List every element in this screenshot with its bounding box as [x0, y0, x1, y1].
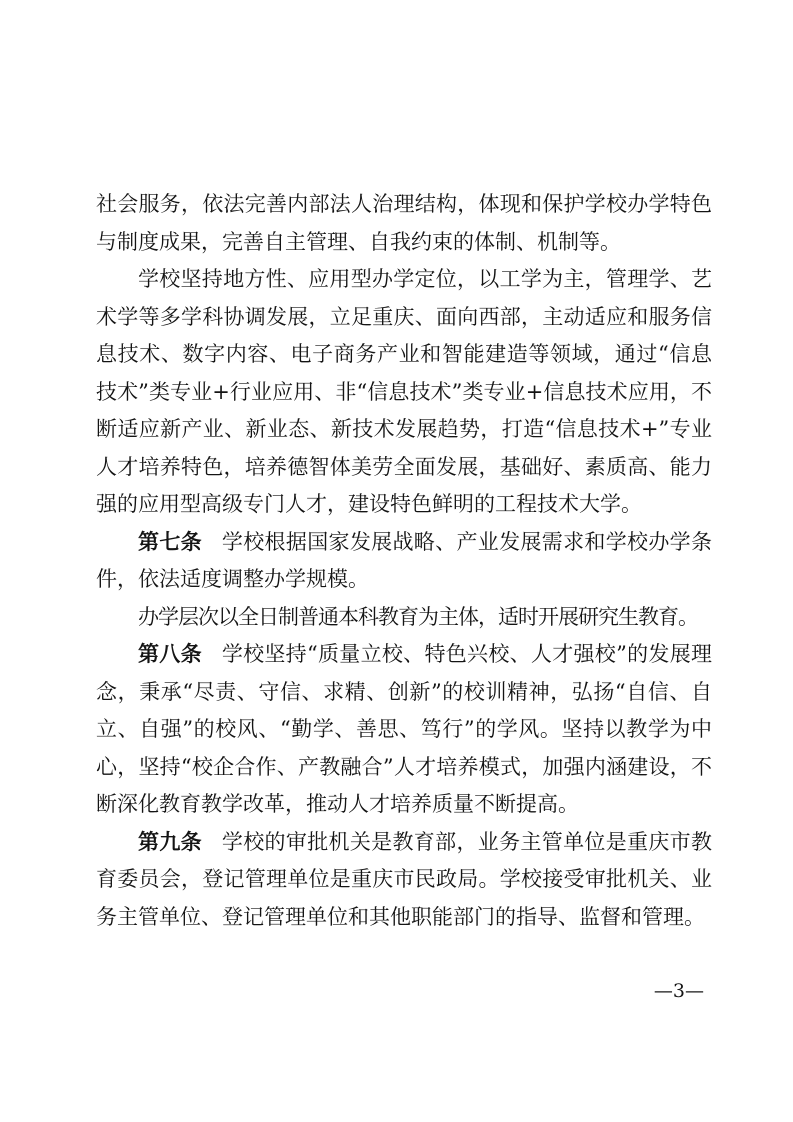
article-9-number: 第九条	[138, 830, 202, 854]
paragraph-text: 学校坚持“质量立校、特色兴校、人才强校”的发展理念，秉承“尽责、守信、求精、创新…	[96, 642, 712, 816]
paragraph-article-8: 第八条学校坚持“质量立校、特色兴校、人才强校”的发展理念，秉承“尽责、守信、求精…	[96, 636, 712, 824]
paragraph-text: 学校坚持地方性、应用型办学定位，以工学为主，管理学、艺术学等多学科协调发展，立足…	[96, 267, 712, 516]
paragraph-education-level: 办学层次以全日制普通本科教育为主体，适时开展研究生教育。	[96, 599, 712, 637]
document-page: 社会服务，依法完善内部法人治理结构，体现和保护学校办学特色与制度成果，完善自主管…	[0, 0, 793, 1122]
paragraph-text: 办学层次以全日制普通本科教育为主体，适时开展研究生教育。	[138, 605, 698, 629]
paragraph-school-positioning: 学校坚持地方性、应用型办学定位，以工学为主，管理学、艺术学等多学科协调发展，立足…	[96, 261, 712, 524]
page-number: —3—	[654, 981, 704, 1002]
paragraph-article-7: 第七条学校根据国家发展战略、产业发展需求和学校办学条件，依法适度调整办学规模。	[96, 524, 712, 599]
paragraph-continuation: 社会服务，依法完善内部法人治理结构，体现和保护学校办学特色与制度成果，完善自主管…	[96, 186, 712, 261]
article-7-number: 第七条	[138, 530, 202, 554]
page-content: 社会服务，依法完善内部法人治理结构，体现和保护学校办学特色与制度成果，完善自主管…	[96, 186, 712, 936]
paragraph-article-9: 第九条学校的审批机关是教育部，业务主管单位是重庆市教育委员会，登记管理单位是重庆…	[96, 824, 712, 937]
paragraph-text: 社会服务，依法完善内部法人治理结构，体现和保护学校办学特色与制度成果，完善自主管…	[96, 192, 712, 254]
article-8-number: 第八条	[138, 642, 202, 666]
